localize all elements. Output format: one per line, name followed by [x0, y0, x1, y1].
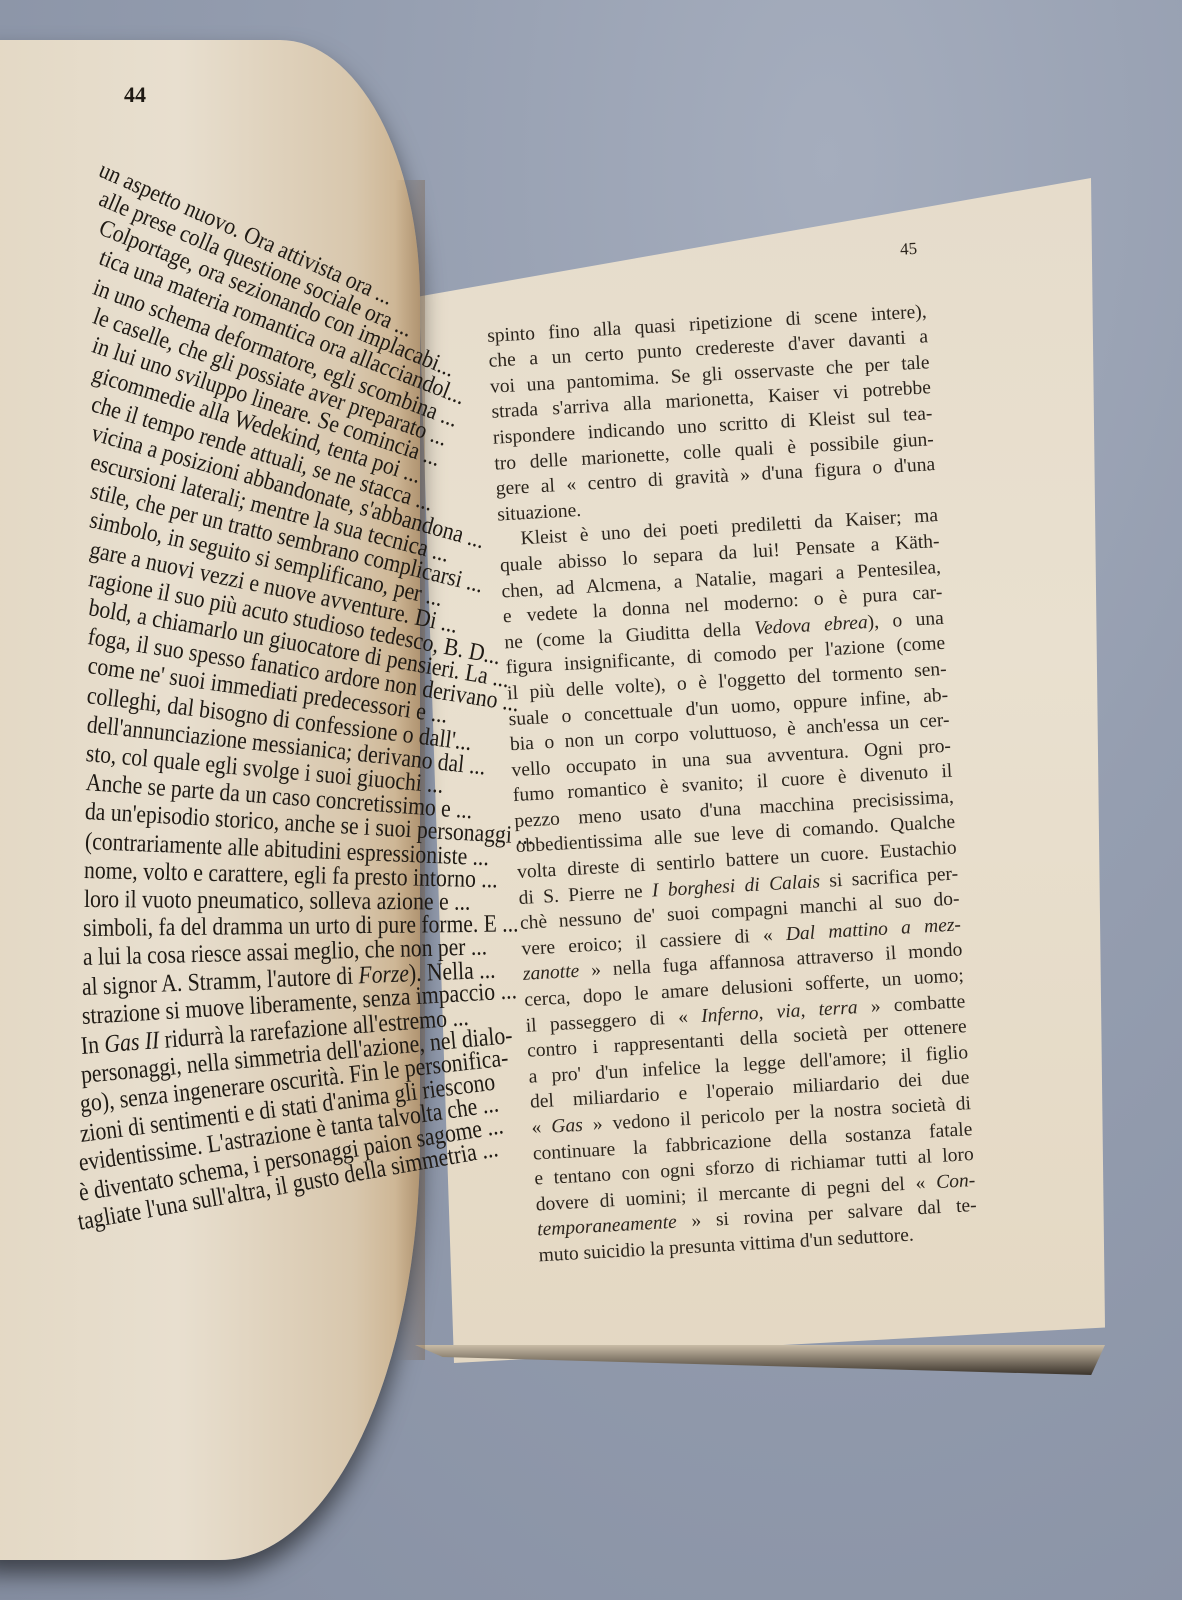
italic-title: Gas	[551, 1115, 584, 1138]
italic-title: Con-	[936, 1170, 976, 1193]
right-page-text: 45 spinto fino alla quasi ripetizione di…	[483, 235, 979, 1269]
italic-title: Vedova ebrea	[754, 612, 868, 639]
right-page-lines: spinto fino alla quasi ripetizione di sc…	[487, 299, 979, 1269]
page-number-left: 44	[124, 82, 146, 108]
italic-title: zanotte	[522, 961, 579, 985]
